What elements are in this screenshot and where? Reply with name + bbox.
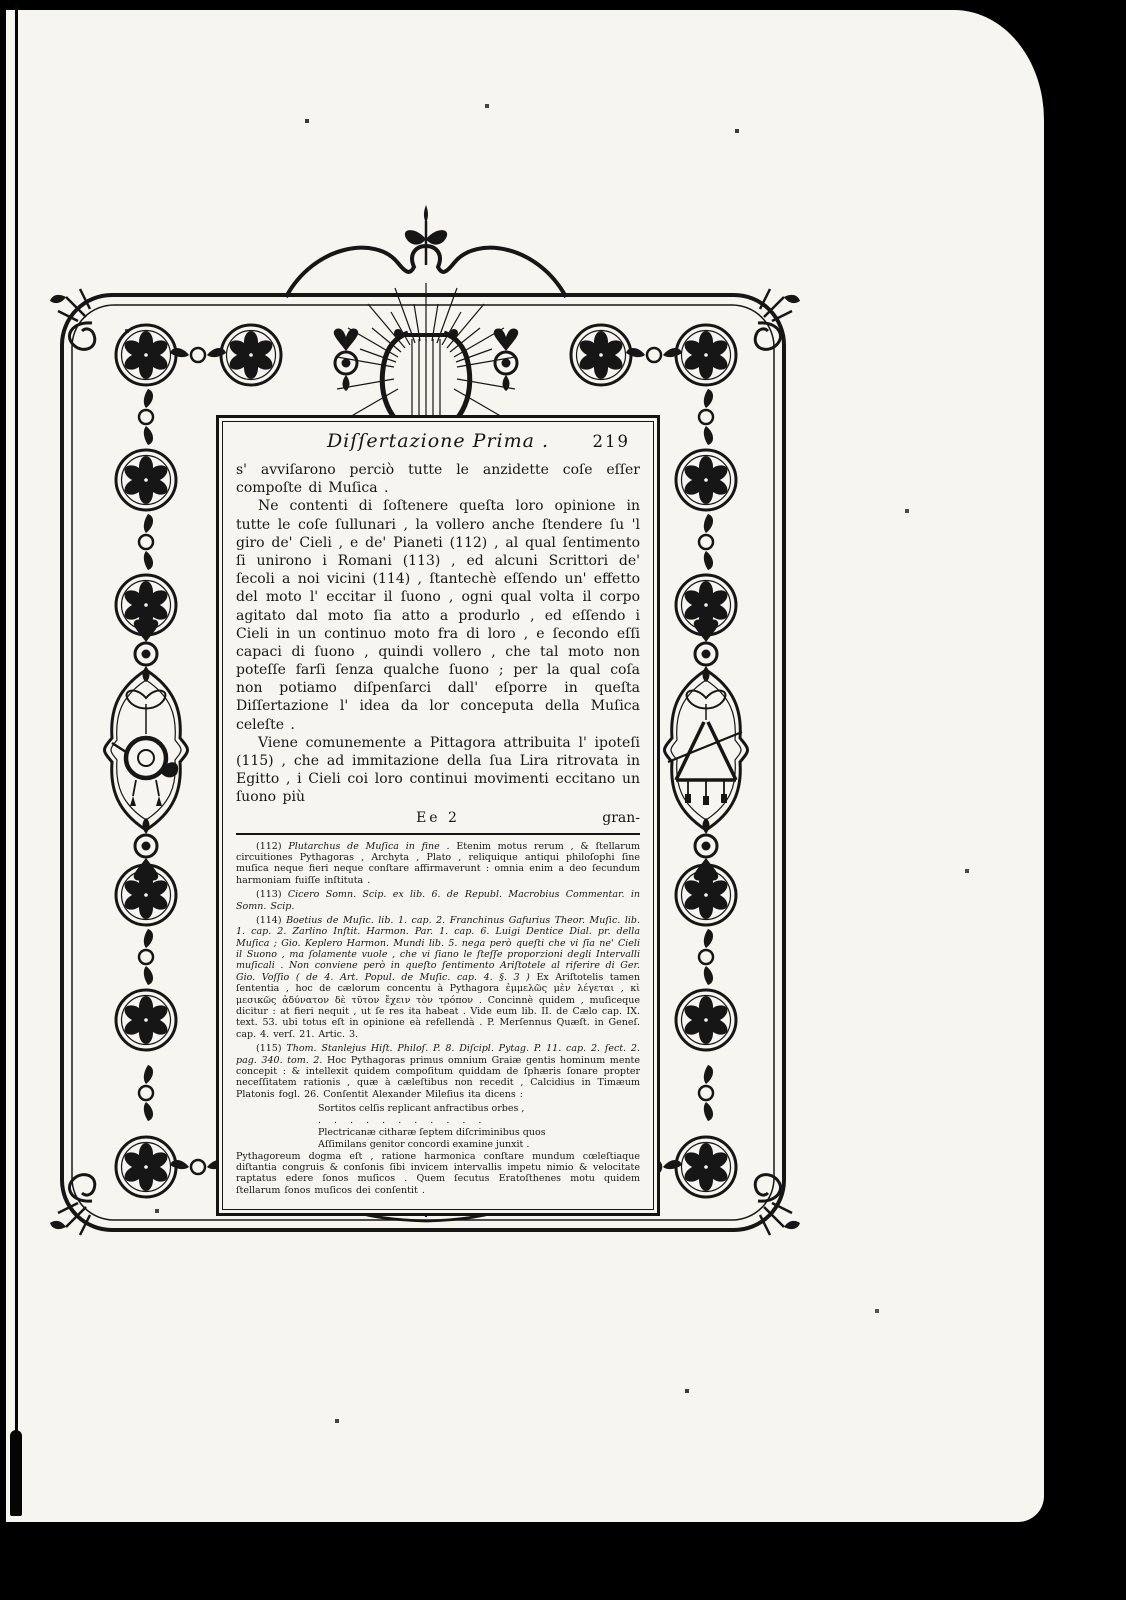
footnote-citation: Cicero Somn. Scip. ex lib. 6. de Republ.… bbox=[236, 889, 640, 911]
verse-ellipsis-line: . . . . . . . . . . . bbox=[236, 1115, 640, 1127]
body-paragraph: Ne contenti di ſoſtenere queſta loro opi… bbox=[236, 497, 640, 733]
quoted-verse-line: Plectricanæ citharæ ſeptem diſcriminibus… bbox=[236, 1127, 640, 1139]
footnote-label: (114) bbox=[256, 915, 282, 926]
catchword: gran- bbox=[460, 810, 640, 826]
scan-fold-blot bbox=[10, 1430, 22, 1516]
footnote-label: (112) bbox=[256, 841, 282, 852]
text-block-frame: Diſſertazione Prima . 219 s' avviſarono … bbox=[216, 415, 660, 1216]
footnote-115-continuation: Pythagoreum dogma eſt , ratione harmonic… bbox=[236, 1151, 640, 1197]
scan-fold-line bbox=[15, 6, 18, 1516]
book-page: Diſſertazione Prima . 219 s' avviſarono … bbox=[6, 10, 1044, 1522]
footnotes-section: (112) Plutarchus de Muſica in fine . Ete… bbox=[236, 841, 640, 1197]
footnote-114: (114) Boetius de Muſic. lib. 1. cap. 2. … bbox=[236, 915, 640, 1040]
triangle-trophy-icon bbox=[665, 670, 748, 830]
quoted-verse-line: Sortitos celſis replicant anfractibus or… bbox=[236, 1103, 640, 1115]
quoted-verse-line: Aſſimilans genitor concordi examine junx… bbox=[236, 1139, 640, 1151]
page-header: Diſſertazione Prima . 219 bbox=[236, 430, 640, 452]
footnote-label: (115) bbox=[256, 1043, 282, 1054]
footnote-115: (115) Thom. Stanlejus Hiſt. Philoſ. P. 8… bbox=[236, 1043, 640, 1100]
hunting-horn-icon bbox=[105, 670, 188, 830]
body-paragraph: Viene comunemente a Pittagora attribuita… bbox=[236, 734, 640, 807]
running-title: Diſſertazione Prima . bbox=[327, 430, 549, 452]
footnote-label: (113) bbox=[256, 889, 282, 900]
body-paragraph: s' avviſarono perciò tutte le anzidette … bbox=[236, 461, 640, 497]
footnote-113: (113) Cicero Somn. Scip. ex lib. 6. de R… bbox=[236, 889, 640, 912]
catchline-row: Ee 2 gran- bbox=[236, 810, 640, 826]
gathering-signature: Ee 2 bbox=[416, 810, 460, 826]
scan-noise-specks bbox=[6, 10, 8, 12]
footnote-112: (112) Plutarchus de Muſica in fine . Ete… bbox=[236, 841, 640, 887]
scanned-book-page-background: { "page": { "running_title": "Diſſertazi… bbox=[0, 0, 1126, 1600]
page-number: 219 bbox=[593, 432, 631, 451]
text-block: Diſſertazione Prima . 219 s' avviſarono … bbox=[222, 421, 654, 1210]
footnote-separator-rule bbox=[236, 833, 640, 835]
footnote-citation: Plutarchus de Muſica in fine . bbox=[288, 841, 449, 852]
